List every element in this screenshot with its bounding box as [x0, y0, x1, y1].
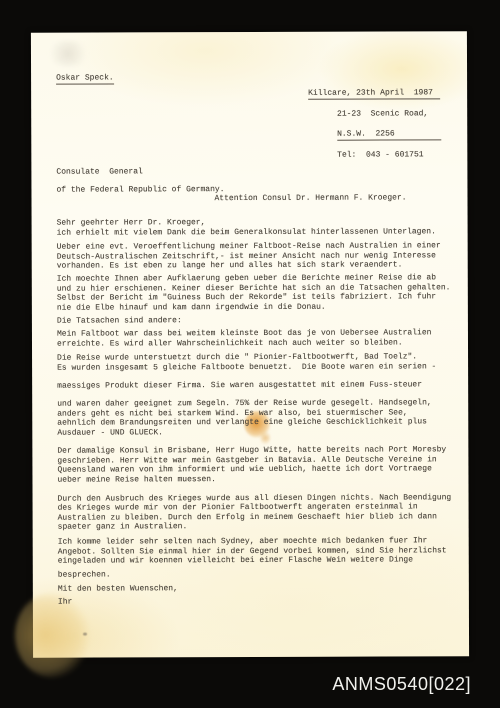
sender-name-text: Oskar Speck. — [56, 73, 114, 84]
paragraph-smallest-boat: Mein Faltboot war dass bei weitem kleins… — [57, 328, 461, 349]
paragraph-publication: Ueber eine evt. Veroeffentlichung meiner… — [57, 241, 461, 271]
paper-stain-top-left — [45, 41, 91, 67]
paragraph-reports: Ich moechte Ihnen aber Aufklaerung geben… — [57, 273, 461, 313]
catalog-number: ANMS0540[022] — [332, 674, 471, 695]
paragraph-sydney: Ich komme leider sehr selten nach Sydney… — [58, 536, 462, 566]
address-state-postcode: N.S.W. 2256 — [337, 129, 441, 140]
paragraph-faltboot-support: Die Reise wurde unterstuetzt durch die "… — [57, 352, 461, 373]
closing-line: Mit den besten Wuenschen, — [58, 584, 462, 595]
paragraph-war: Durch den Ausbruch des Krieges wurde aus… — [58, 493, 462, 533]
sender-name: Oskar Speck. — [56, 73, 114, 84]
paragraph-besprechen: besprechen. — [58, 569, 462, 580]
scanner-background: Oskar Speck. Killcare, 23th April 1987 2… — [0, 0, 500, 708]
paragraph-facts-intro: Die Tatsachen sind andere: — [57, 316, 461, 327]
recipient-block: Consulate General of the Federal Republi… — [56, 163, 224, 200]
paper-mark — [83, 633, 87, 636]
address-telephone: Tel: 043 - 601751 — [337, 150, 423, 159]
paragraph-salutation: Sehr geehrter Herr Dr. Kroeger, ich erhi… — [57, 217, 461, 238]
letter-date: Killcare, 23th April 1987 — [308, 88, 440, 99]
letter-page: Oskar Speck. Killcare, 23th April 1987 2… — [31, 31, 469, 658]
address-street: 21-23 Scenic Road, — [337, 109, 428, 118]
paragraph-serial-product: maessiges Produkt dieser Firma. Sie ware… — [57, 381, 461, 392]
paragraph-consul-witte: Der damalige Konsul in Brisbane, Herr Hu… — [57, 446, 461, 486]
paragraph-sailing: und waren daher geeignet zum Segeln. 75%… — [57, 398, 461, 438]
attention-line: Attention Consul Dr. Hermann F. Kroeger. — [214, 193, 406, 203]
letter-body: Sehr geehrter Herr Dr. Kroeger, ich erhi… — [57, 217, 462, 607]
signature-line: Ihr — [58, 596, 462, 607]
sender-address-block: Killcare, 23th April 1987 21-23 Scenic R… — [308, 68, 467, 171]
